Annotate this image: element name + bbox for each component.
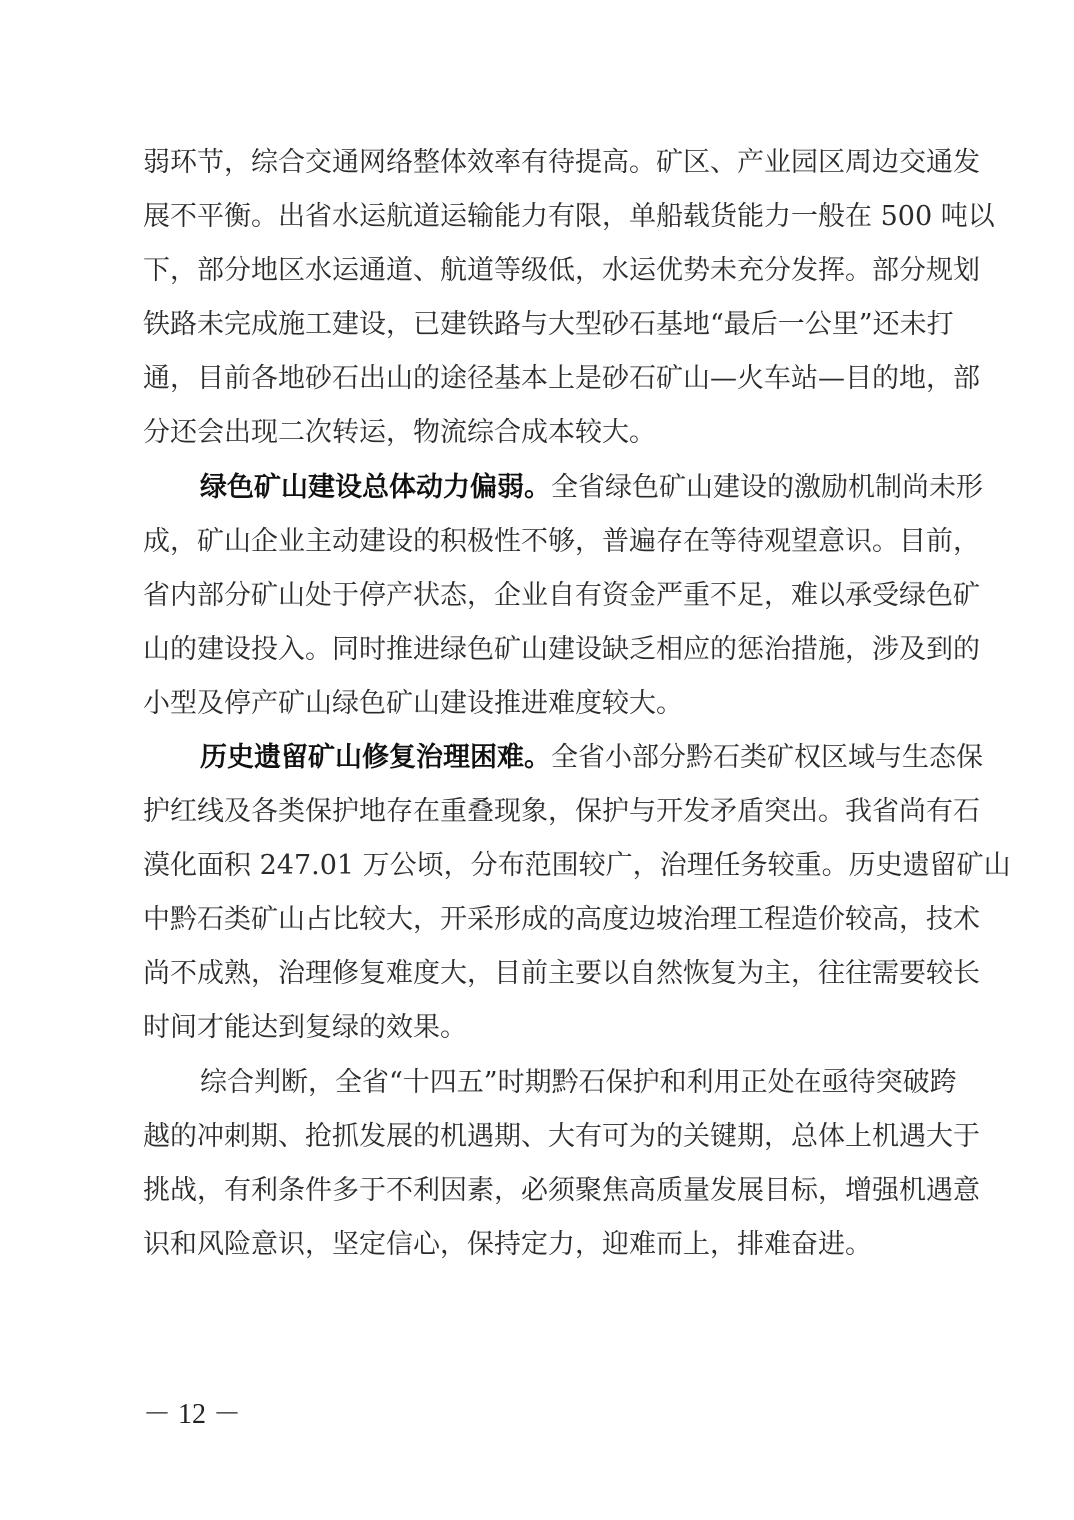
paragraph-3-line-2: 护红线及各类保护地存在重叠现象，保护与开发矛盾突出。我省尚有石 (143, 792, 932, 832)
paragraph-4-line-1: 综合判断，全省“十四五”时期黔石保护和利用正处在亟待突破跨 (200, 1063, 932, 1103)
document-page: 弱环节，综合交通网络整体效率有待提高。矿区、产业园区周边交通发 展不平衡。出省水… (0, 0, 1074, 1520)
page-number: － 12 － (143, 1392, 241, 1432)
paragraph-4-line-2: 越的冲刺期、抢抓发展的机遇期、大有可为的关键期，总体上机遇大于 (143, 1117, 932, 1157)
paragraph-1-line-1: 弱环节，综合交通网络整体效率有待提高。矿区、产业园区周边交通发 (143, 143, 932, 183)
paragraph-1-line-3: 下，部分地区水运通道、航道等级低，水运优势未充分发挥。部分规划 (143, 251, 932, 291)
paragraph-1-line-2: 展不平衡。出省水运航道运输能力有限，单船载货能力一般在 500 吨以 (143, 197, 932, 237)
paragraph-4-line-4: 识和风险意识，坚定信心，保持定力，迎难而上，排难奋进。 (143, 1225, 932, 1265)
paragraph-3-first-line-text: 全省小部分黔石类矿权区域与生态保 (551, 742, 983, 773)
paragraph-2-first-line-text: 全省绿色矿山建设的激励机制尚未形 (551, 472, 983, 503)
paragraph-1-line-5: 通，目前各地砂石出山的途径基本上是砂石矿山—火车站—目的地，部 (143, 359, 932, 399)
paragraph-1-line-6: 分还会出现二次转运，物流综合成本较大。 (143, 413, 932, 453)
paragraph-3-line-5: 尚不成熟，治理修复难度大，目前主要以自然恢复为主，往往需要较长 (143, 954, 932, 994)
paragraph-3-line-4: 中黔石类矿山占比较大，开采形成的高度边坡治理工程造价较高，技术 (143, 900, 932, 940)
paragraph-3-line-1: 历史遗留矿山修复治理困难。全省小部分黔石类矿权区域与生态保 (200, 738, 932, 778)
paragraph-1-line-4: 铁路未完成施工建设，已建铁路与大型砂石基地“最后一公里”还未打 (143, 305, 932, 345)
paragraph-2-heading: 绿色矿山建设总体动力偏弱。 (200, 472, 551, 503)
paragraph-3-line-6: 时间才能达到复绿的效果。 (143, 1008, 932, 1048)
paragraph-2-line-3: 省内部分矿山处于停产状态，企业自有资金严重不足，难以承受绿色矿 (143, 576, 932, 616)
paragraph-2-line-5: 小型及停产矿山绿色矿山建设推进难度较大。 (143, 684, 932, 724)
paragraph-2-line-2: 成，矿山企业主动建设的积极性不够，普遍存在等待观望意识。目前， (143, 522, 932, 562)
paragraph-4-line-3: 挑战，有利条件多于不利因素，必须聚焦高质量发展目标，增强机遇意 (143, 1171, 932, 1211)
paragraph-3-line-3: 漠化面积 247.01 万公顷，分布范围较广，治理任务较重。历史遗留矿山 (143, 846, 932, 886)
paragraph-2-line-4: 山的建设投入。同时推进绿色矿山建设缺乏相应的惩治措施，涉及到的 (143, 630, 932, 670)
paragraph-3-heading: 历史遗留矿山修复治理困难。 (200, 742, 551, 773)
paragraph-2-line-1: 绿色矿山建设总体动力偏弱。全省绿色矿山建设的激励机制尚未形 (200, 468, 932, 508)
